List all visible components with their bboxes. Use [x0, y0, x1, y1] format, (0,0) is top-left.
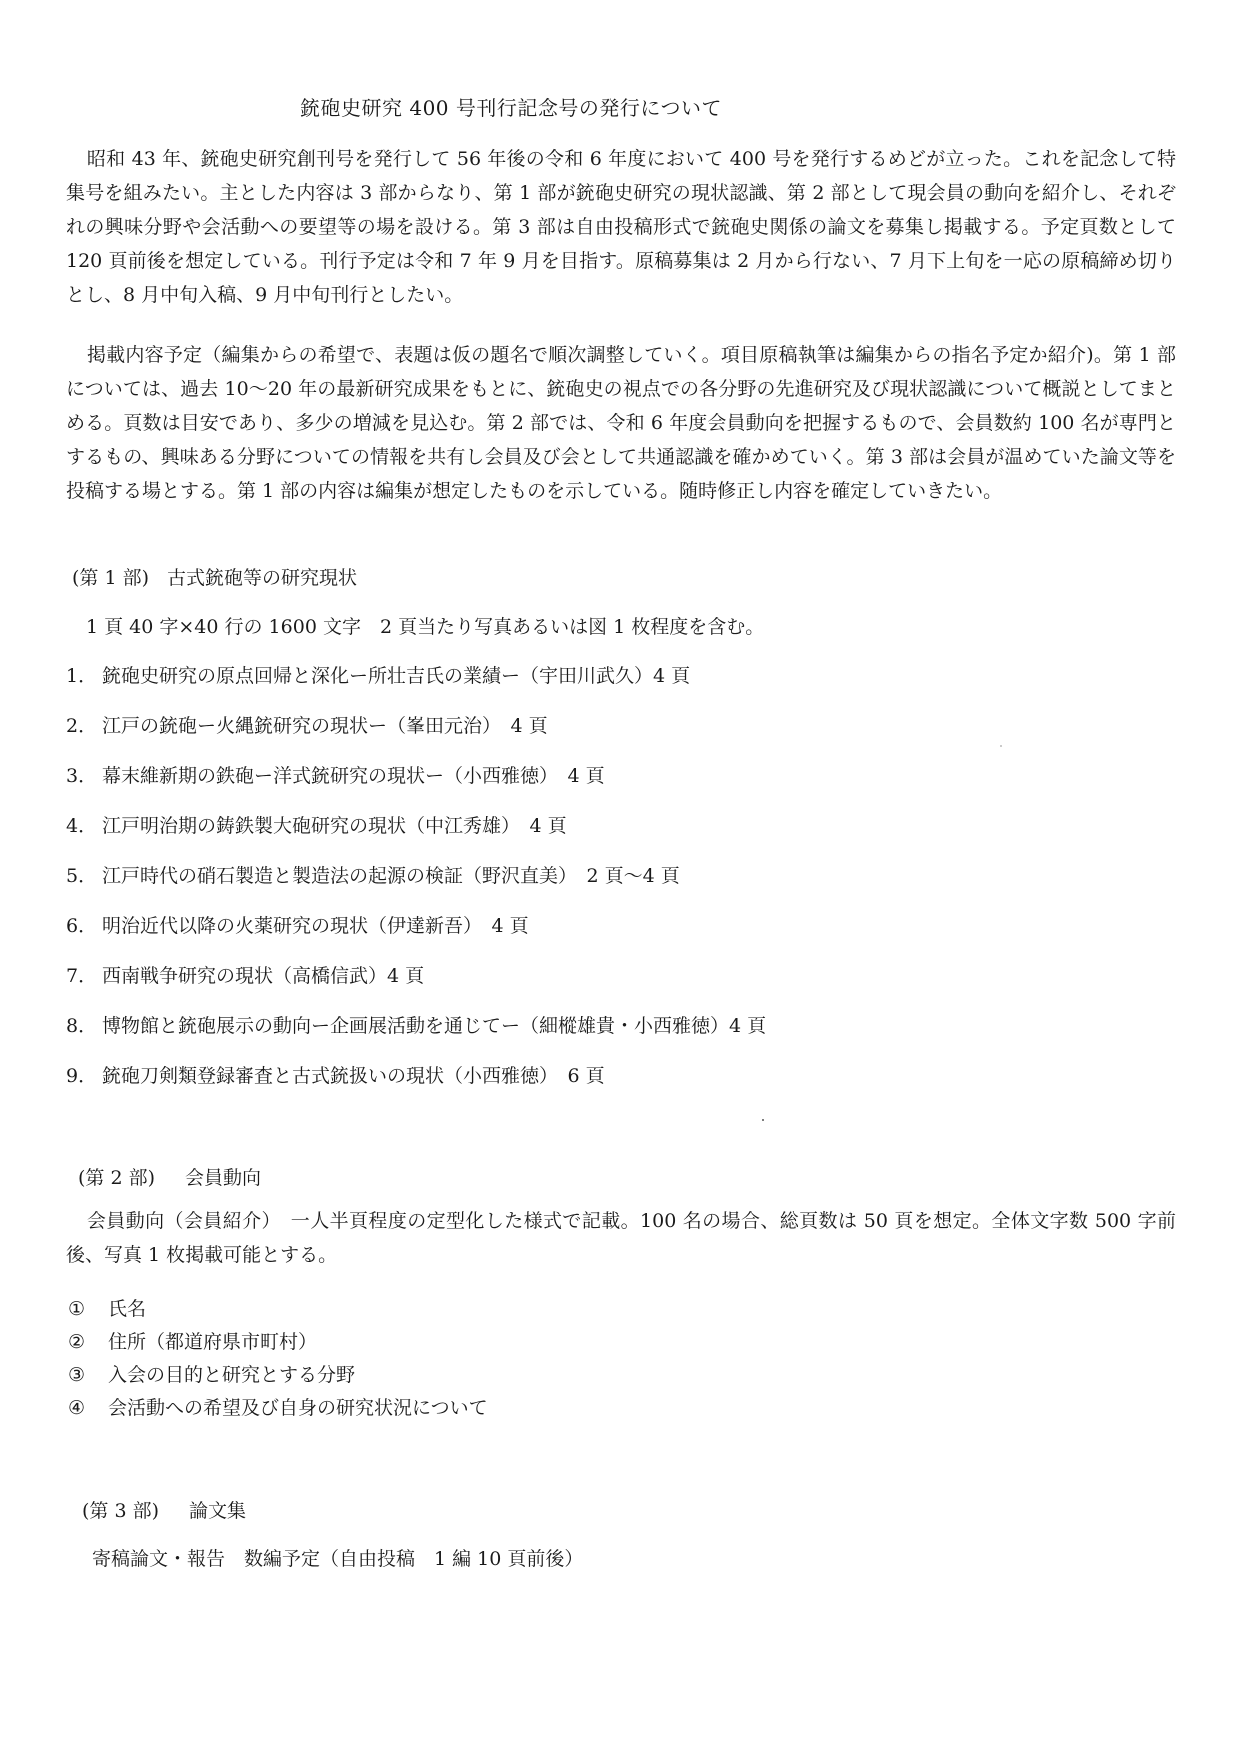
scan-speck: [1000, 745, 1002, 747]
part3-heading: (第 3 部)論文集: [82, 1496, 246, 1523]
list-item: 2．江戸の銃砲ー火縄銃研究の現状ー（峯田元治） 4 頁: [66, 711, 548, 738]
part2-heading: (第 2 部)会員動向: [78, 1163, 261, 1190]
profile-field-item: ③入会の目的と研究とする分野: [68, 1360, 355, 1387]
part1-label: (第 1 部): [72, 567, 149, 589]
part2-label: (第 2 部): [78, 1167, 155, 1189]
list-item: 1．銃砲史研究の原点回帰と深化ー所壮吉氏の業績ー（宇田川武久）4 頁: [66, 661, 690, 688]
part3-note: 寄稿論文・報告 数編予定（自由投稿 1 編 10 頁前後）: [92, 1544, 583, 1571]
part1-note: 1 頁 40 字×40 行の 1600 文字 2 頁当たり写真あるいは図 1 枚…: [86, 612, 764, 639]
list-item: 4．江戸明治期の鋳鉄製大砲研究の現状（中江秀雄） 4 頁: [66, 811, 567, 838]
list-item: 3．幕末維新期の鉄砲ー洋式銃研究の現状ー（小西雅徳） 4 頁: [66, 761, 605, 788]
part2-title: 会員動向: [185, 1167, 261, 1189]
profile-field-item: ①氏名: [68, 1294, 146, 1321]
list-item: 7．西南戦争研究の現状（高橋信武）4 頁: [66, 961, 424, 988]
intro-paragraph: 昭和 43 年、銃砲史研究創刊号を発行して 56 年後の令和 6 年度において …: [66, 142, 1176, 312]
part1-heading: (第 1 部)古式銃砲等の研究現状: [72, 563, 357, 590]
document-title: 銃砲史研究 400 号刊行記念号の発行について: [300, 92, 722, 121]
part2-description: 会員動向（会員紹介） 一人半頁程度の定型化した様式で記載。100 名の場合、総頁…: [66, 1204, 1176, 1272]
scan-speck: [762, 1119, 764, 1121]
list-item: 9．銃砲刀剣類登録審査と古式銃扱いの現状（小西雅徳） 6 頁: [66, 1061, 605, 1088]
part1-title: 古式銃砲等の研究現状: [167, 567, 357, 589]
list-item: 8．博物館と銃砲展示の動向ー企画展活動を通じてー（細樅雄貴・小西雅徳）4 頁: [66, 1011, 766, 1038]
profile-field-item: ②住所（都道府県市町村）: [68, 1327, 317, 1354]
part3-title: 論文集: [189, 1500, 246, 1522]
document-page: 銃砲史研究 400 号刊行記念号の発行について 昭和 43 年、銃砲史研究創刊号…: [0, 0, 1240, 1754]
content-plan-paragraph: 掲載内容予定（編集からの希望で、表題は仮の題名で順次調整していく。項目原稿執筆は…: [66, 338, 1176, 508]
part3-label: (第 3 部): [82, 1500, 159, 1522]
list-item: 6．明治近代以降の火薬研究の現状（伊達新吾） 4 頁: [66, 911, 529, 938]
list-item: 5．江戸時代の硝石製造と製造法の起源の検証（野沢直美） 2 頁〜4 頁: [66, 861, 680, 888]
profile-field-item: ④会活動への希望及び自身の研究状況について: [68, 1393, 488, 1420]
